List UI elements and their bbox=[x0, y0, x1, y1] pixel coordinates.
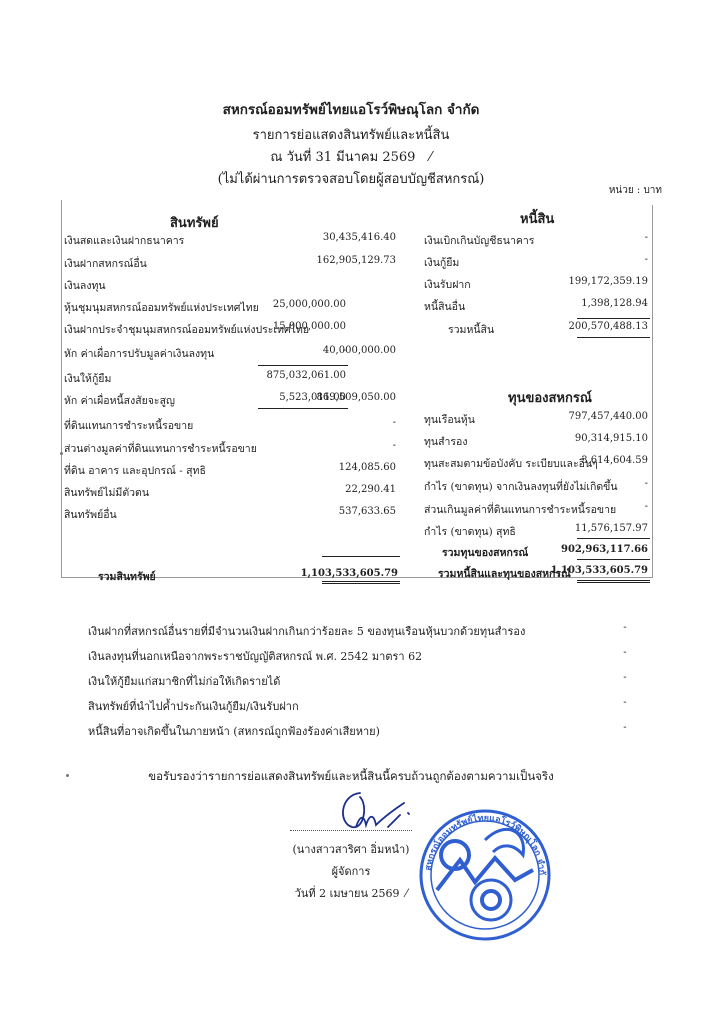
signature-line bbox=[290, 830, 412, 831]
equity-row-value: - bbox=[530, 501, 648, 512]
signer-title: ผู้จัดการ bbox=[290, 862, 412, 880]
total-assets-label: รวมสินทรัพย์ bbox=[98, 568, 156, 585]
equity-row-value: 3,614,604.59 bbox=[530, 455, 648, 466]
note-value: - bbox=[610, 722, 640, 733]
note-label: สินทรัพย์ที่นำไปค้ำประกันเงินกู้ยืม/เงิน… bbox=[88, 697, 299, 715]
asset-row-label: หัก ค่าเผื่อหนี้สงสัยจะสูญ bbox=[64, 392, 175, 409]
audit-note: (ไม่ได้ผ่านการตรวจสอบโดยผู้สอบบัญชีสหกรณ… bbox=[0, 168, 702, 189]
subtotal-underline bbox=[258, 365, 348, 366]
note-value: - bbox=[610, 697, 640, 708]
liability-row-value: - bbox=[530, 254, 648, 265]
cooperative-seal-icon: สหกรณ์ออมทรัพย์ไทยแอโรว์พิษณุโลก จำกัด bbox=[415, 800, 555, 950]
signature-icon bbox=[330, 785, 415, 840]
liability-row-label: เงินรับฝาก bbox=[424, 276, 471, 293]
grand-total-double-underline bbox=[577, 580, 650, 583]
note-label: หนี้สินที่อาจเกิดขึ้นในภายหน้า (สหกรณ์ถู… bbox=[88, 722, 380, 740]
liability-row-label: เงินเบิกเกินบัญชีธนาคาร bbox=[424, 232, 534, 249]
asset-row-value: 869,509,050.00 bbox=[300, 392, 396, 403]
signed-date-text: วันที่ 2 เมษายน 2569 bbox=[295, 887, 400, 900]
check-mark-icon: ⁄ bbox=[406, 887, 408, 900]
signer-name: (นางสาวสาริศา อิ่มหนำ) bbox=[290, 840, 412, 858]
asset-row-value: - bbox=[300, 440, 396, 451]
frame-left-border bbox=[61, 200, 62, 578]
as-of-date-text: ณ วันที่ 31 มีนาคม 2569 bbox=[270, 150, 415, 165]
asset-row-value: 537,633.65 bbox=[300, 506, 396, 517]
note-value: - bbox=[610, 672, 640, 683]
org-name: สหกรณ์ออมทรัพย์ไทยแอโรว์พิษณุโลก จำกัด bbox=[0, 98, 702, 120]
assets-heading: สินทรัพย์ bbox=[170, 212, 219, 233]
scan-speck bbox=[60, 452, 63, 455]
signed-date: วันที่ 2 เมษายน 2569⁄ bbox=[290, 884, 412, 902]
total-equity-value: 902,963,117.66 bbox=[540, 544, 648, 555]
asset-row-value: 22,290.41 bbox=[300, 484, 396, 495]
note-label: เงินฝากที่สหกรณ์อื่นรายที่มีจำนวนเงินฝาก… bbox=[88, 622, 525, 640]
asset-row-subvalue: 15,000,000.00 bbox=[228, 321, 346, 332]
equity-row-label: ทุนเรือนหุ้น bbox=[424, 411, 475, 428]
total-double-underline bbox=[322, 581, 400, 584]
liabilities-heading: หนี้สิน bbox=[520, 208, 554, 229]
subtotal-underline bbox=[577, 318, 650, 319]
asset-row-label: ที่ดิน อาคาร และอุปกรณ์ - สุทธิ bbox=[64, 462, 206, 479]
total-assets-value: 1,103,533,605.79 bbox=[300, 568, 398, 579]
asset-row-label: หัก ค่าเผื่อการปรับมูลค่าเงินลงทุน bbox=[64, 345, 214, 362]
asset-row-label: สินทรัพย์อื่น bbox=[64, 506, 117, 523]
asset-row-label: เงินลงทุน bbox=[64, 277, 106, 294]
asset-row-label: เงินให้กู้ยืม bbox=[64, 370, 111, 387]
equity-heading: ทุนของสหกรณ์ bbox=[508, 387, 592, 408]
report-title: รายการย่อแสดงสินทรัพย์และหนี้สิน bbox=[0, 124, 702, 145]
equity-row-value: 797,457,440.00 bbox=[530, 411, 648, 422]
certification-statement: ขอรับรองว่ารายการย่อแสดงสินทรัพย์และหนี้… bbox=[0, 768, 702, 786]
note-label: เงินให้กู้ยืมแก่สมาชิกที่ไม่ก่อให้เกิดรา… bbox=[88, 672, 280, 690]
check-mark-icon: ⁄ bbox=[429, 150, 431, 165]
asset-row-label: ส่วนต่างมูลค่าที่ดินแทนการชำระหนี้รอขาย bbox=[64, 440, 257, 457]
total-overline bbox=[322, 556, 400, 557]
asset-row-label: เงินฝากสหกรณ์อื่น bbox=[64, 255, 147, 272]
subtotal-underline bbox=[577, 538, 650, 539]
note-value: - bbox=[610, 622, 640, 633]
liability-row-label: เงินกู้ยืม bbox=[424, 254, 459, 271]
asset-row-label: เงินสดและเงินฝากธนาคาร bbox=[64, 232, 184, 249]
frame-right-border bbox=[652, 205, 653, 577]
asset-row-subvalue: 875,032,061.00 bbox=[228, 370, 346, 381]
equity-row-value: - bbox=[530, 478, 648, 489]
note-label: เงินลงทุนที่นอกเหนือจากพระราชบัญญัติสหกร… bbox=[88, 647, 422, 665]
as-of-date: ณ วันที่ 31 มีนาคม 2569⁄ bbox=[0, 146, 702, 167]
unit-label: หน่วย : บาท bbox=[609, 183, 662, 198]
grand-total-value: 1,103,533,605.79 bbox=[540, 565, 648, 576]
liability-row-label: หนี้สินอื่น bbox=[424, 298, 465, 315]
asset-row-value: - bbox=[300, 417, 396, 428]
note-value: - bbox=[610, 647, 640, 658]
liability-row-value: 1,398,128.94 bbox=[530, 298, 648, 309]
subtotal-underline bbox=[258, 408, 348, 409]
total-underline bbox=[577, 337, 650, 338]
subtotal-underline bbox=[577, 559, 650, 560]
total-liabilities-value: 200,570,488.13 bbox=[540, 321, 648, 332]
asset-row-label: ที่ดินแทนการชำระหนี้รอขาย bbox=[64, 417, 193, 434]
asset-row-label: สินทรัพย์ไม่มีตัวตน bbox=[64, 484, 149, 501]
equity-row-label: ทุนสำรอง bbox=[424, 433, 467, 450]
equity-row-label: กำไร (ขาดทุน) สุทธิ bbox=[424, 523, 516, 540]
liability-row-value: 199,172,359.19 bbox=[530, 276, 648, 287]
total-equity-label: รวมทุนของสหกรณ์ bbox=[442, 544, 528, 561]
asset-row-value: 162,905,129.73 bbox=[300, 255, 396, 266]
asset-row-subvalue: 25,000,000.00 bbox=[228, 299, 346, 310]
scan-speck bbox=[66, 774, 69, 777]
liability-row-value: - bbox=[530, 232, 648, 243]
asset-row-value: 30,435,416.40 bbox=[300, 232, 396, 243]
total-liabilities-label: รวมหนี้สิน bbox=[448, 321, 494, 338]
equity-row-value: 90,314,915.10 bbox=[530, 433, 648, 444]
asset-row-value: 124,085.60 bbox=[300, 462, 396, 473]
equity-row-value: 11,576,157.97 bbox=[530, 523, 648, 534]
asset-row-value: 40,000,000.00 bbox=[300, 345, 396, 356]
